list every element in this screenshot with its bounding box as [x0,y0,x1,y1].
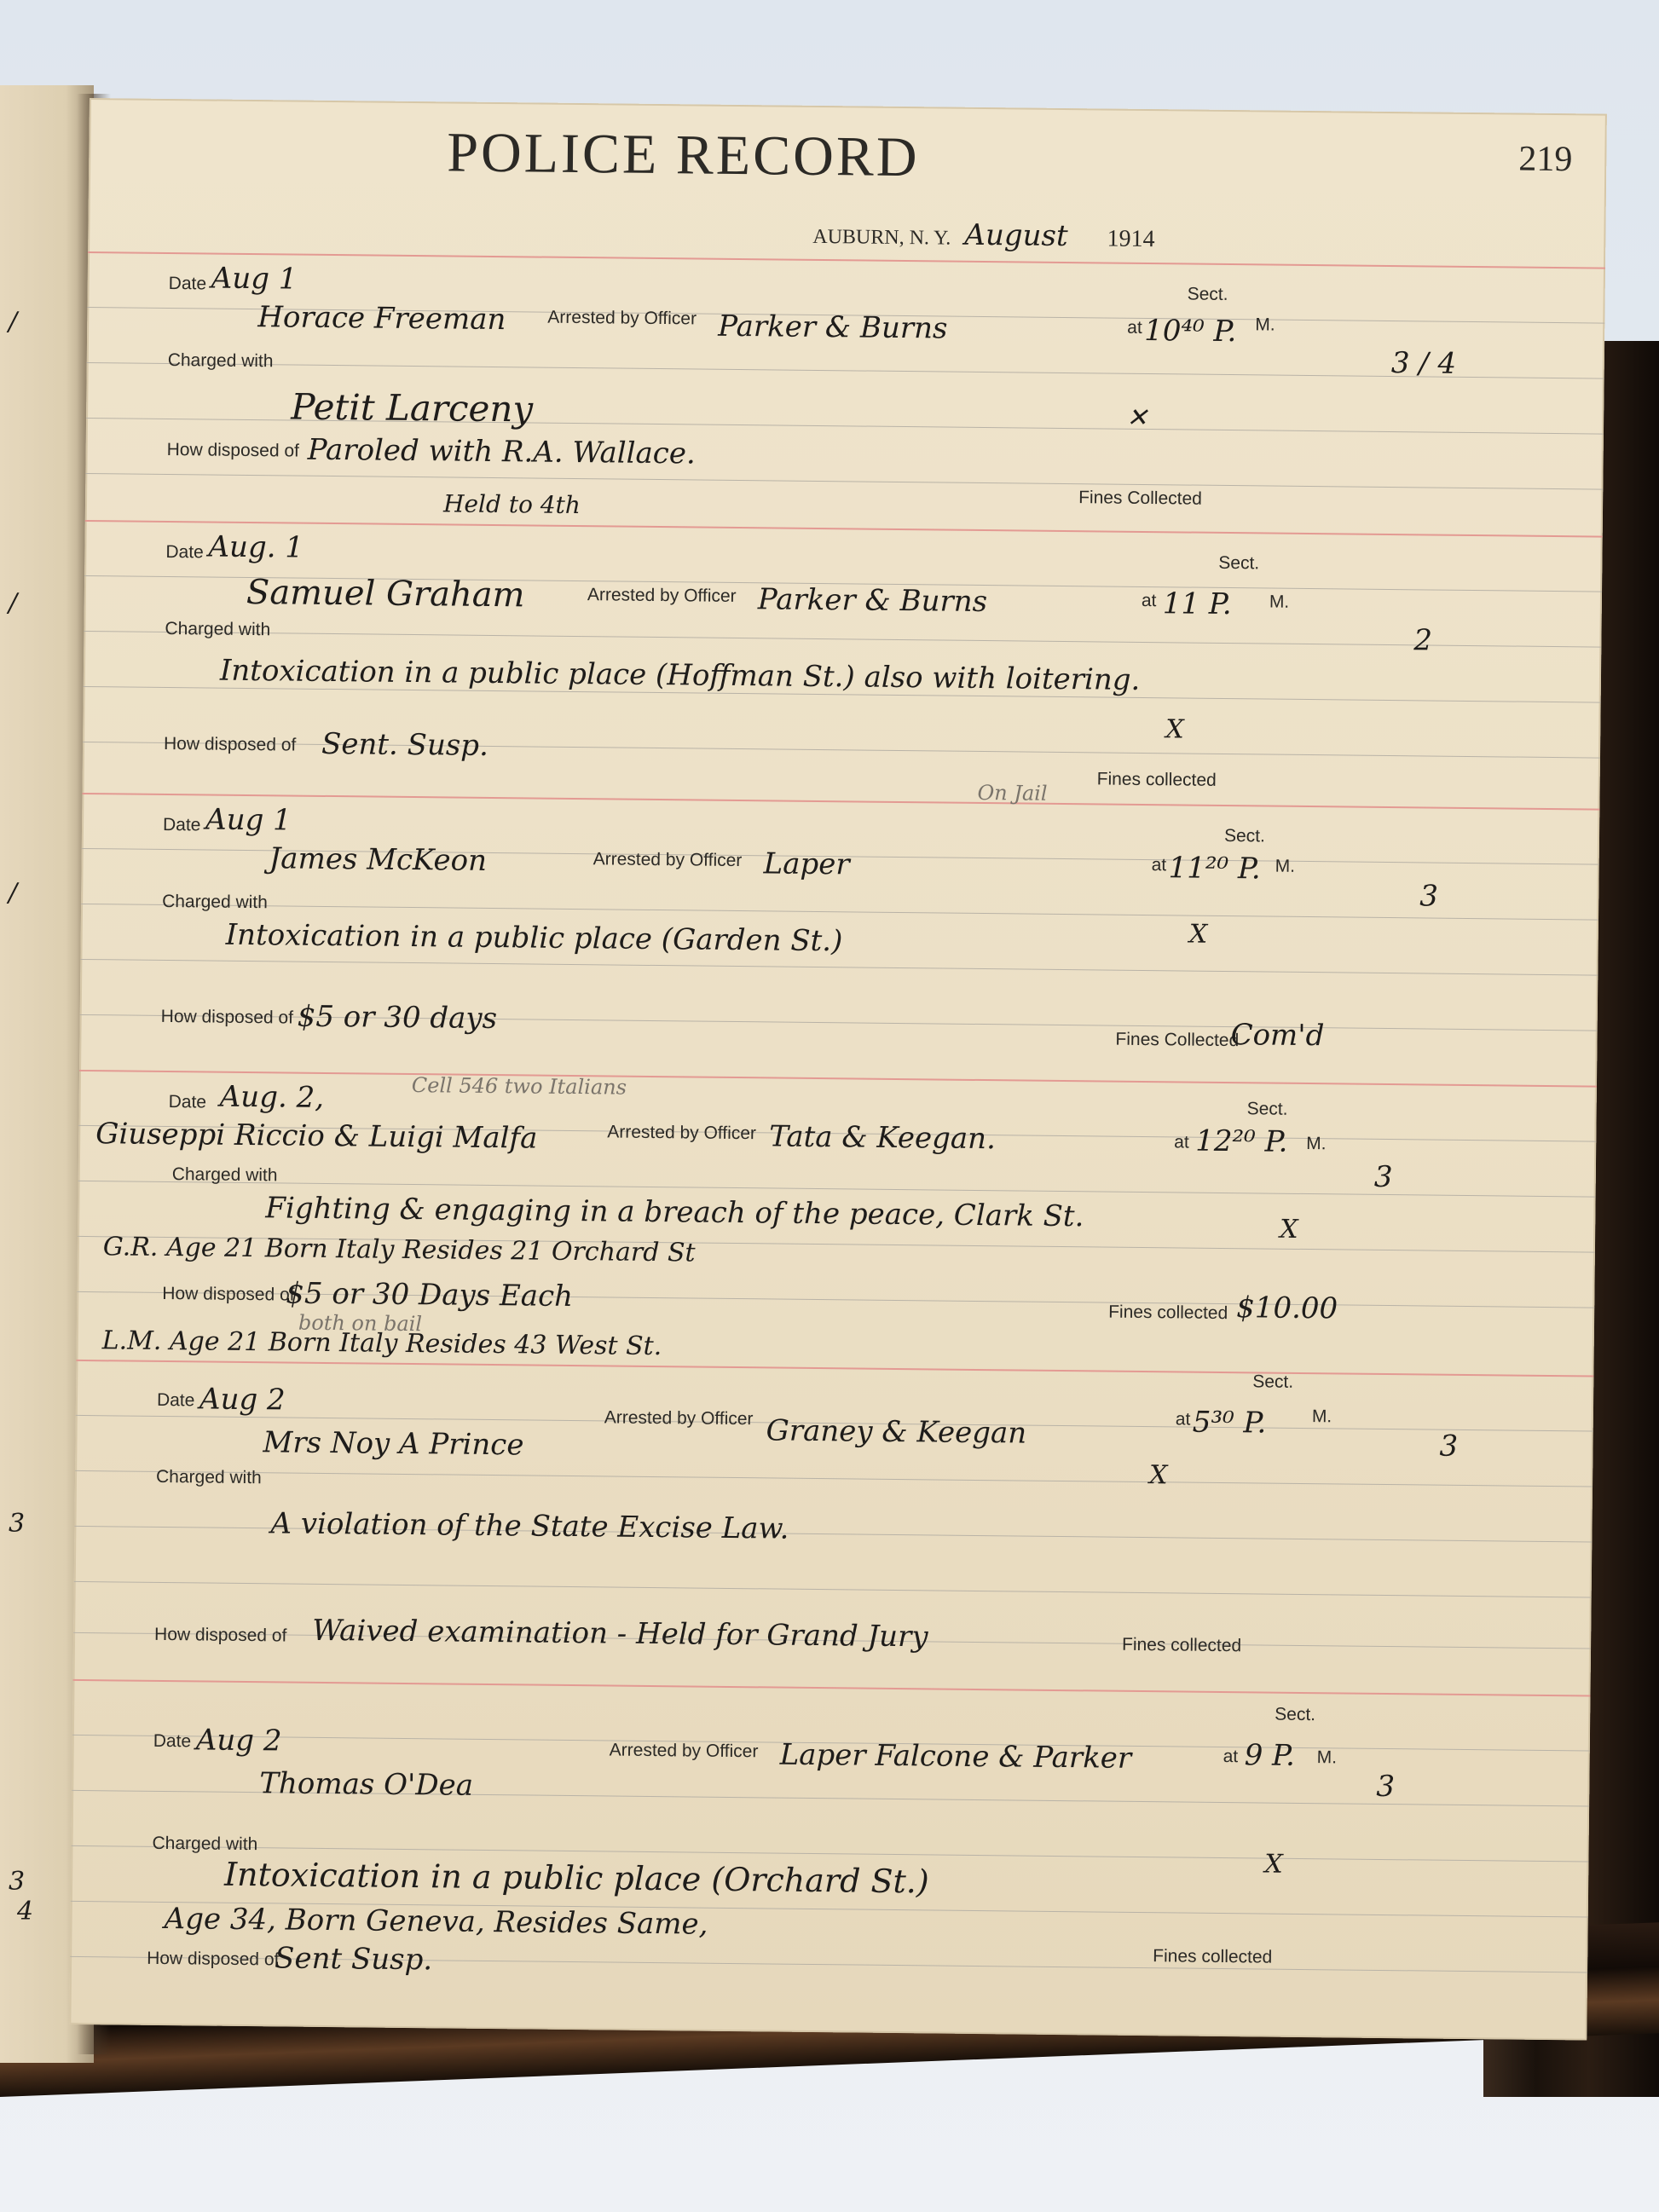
at-label: at [1174,1132,1189,1152]
fines-collected-label: Fines Collected [1115,1030,1239,1052]
charged-with-label: Charged with [156,1467,262,1488]
record-entry: Date Aug. 1 Samuel Graham Arrested by Of… [85,524,1603,540]
how-disposed-label: How disposed of [161,1007,294,1029]
entry-note: Held to 4th [443,489,581,519]
how-disposed-label: How disposed of [147,1949,280,1971]
sect-label: Sect. [1247,1099,1288,1119]
year: 1914 [1107,226,1154,253]
at-label: at [1142,591,1157,611]
sect-label: Sect. [1188,284,1228,304]
left-margin-mark: 3 [9,1509,25,1539]
fines-collected-label: Fines collected [1153,1946,1272,1967]
m-label: M. [1269,592,1290,613]
record-entry: Date Aug 2 Thomas O'Dea Arrested by Offi… [73,1684,1591,1700]
check-mark: X [1189,920,1208,950]
entry-date: Aug 1 [205,802,292,837]
entry-time: 11 P. [1163,586,1232,621]
entry-sect: 3 / 4 [1391,346,1457,381]
arrested-by-label: Arrested by Officer [607,1122,756,1144]
arrested-by-label: Arrested by Officer [593,849,743,871]
entry-date: Aug. 1 [208,529,303,564]
record-page: POLICE RECORD 219 AUBURN, N. Y. August 1… [69,98,1607,2041]
date-label: Date [153,1731,192,1752]
charged-with-label: Charged with [168,350,274,372]
entry-time: 12²⁰ P. [1195,1124,1288,1159]
entry-date: Aug 2 [196,1723,282,1758]
arrested-by-label: Arrested by Officer [587,585,737,607]
entry-officer: Laper [763,846,849,881]
place-label: AUBURN, N. Y. [812,226,951,250]
check-mark: ✕ [1126,403,1148,433]
arrested-by-label: Arrested by Officer [610,1740,759,1762]
entry-charge: A violation of the State Excise Law. [270,1506,789,1545]
check-mark: X [1280,1215,1298,1245]
sect-label: Sect. [1252,1372,1293,1392]
entry-officer: Laper Falcone & Parker [779,1738,1131,1776]
entry-time: 10⁴⁰ P. [1144,314,1237,349]
entry-name: James McKeon [269,841,487,878]
left-margin-mark: 3 [9,1867,25,1897]
entry-detail: L.M. Age 21 Born Italy Resides 43 West S… [102,1325,662,1361]
entry-name: Thomas O'Dea [259,1766,473,1803]
entry-sect: 3 [1419,879,1438,913]
entry-charge: Intoxication in a public place (Garden S… [226,918,843,959]
m-label: M. [1317,1747,1338,1768]
at-label: at [1223,1747,1239,1767]
entry-date: Aug. 2, [220,1080,325,1115]
m-label: M. [1312,1406,1332,1427]
entry-officer: Parker & Burns [758,582,988,619]
entry-disposition: Waived examination - Held for Grand Jury [312,1614,928,1655]
fines-collected-label: Fines collected [1097,769,1217,790]
entry-detail: G.R. Age 21 Born Italy Resides 21 Orchar… [103,1232,696,1268]
entry-disposition: $5 or 30 Days Each [286,1276,573,1314]
date-label: Date [165,542,204,563]
entry-sect: 3 [1374,1160,1393,1194]
entry-officer: Graney & Keegan [766,1413,1026,1450]
m-label: M. [1275,857,1296,877]
arrested-by-label: Arrested by Officer [604,1407,754,1429]
date-label: Date [169,1092,207,1112]
fines-collected-label: Fines collected [1122,1635,1241,1656]
sect-label: Sect. [1224,826,1265,846]
entry-disposition: $5 or 30 days [298,1000,498,1036]
entry-sect: 3 [1439,1429,1458,1464]
entry-sect: 3 [1376,1770,1395,1804]
entry-fines: $10.00 [1236,1291,1338,1325]
entry-disposition: Sent Susp. [275,1941,432,1977]
fines-collected-label: Fines collected [1108,1302,1228,1324]
record-entry: Date Aug. 2, Cell 546 two Italians Giuse… [79,1074,1597,1090]
check-mark: X [1264,1850,1283,1880]
entry-note: Cell 546 two Italians [412,1073,627,1100]
fines-collected-label: Fines Collected [1078,488,1202,510]
at-label: at [1176,1409,1191,1429]
check-mark: X [1149,1460,1168,1490]
entry-officer: Parker & Burns [718,309,948,346]
month-handwritten: August [964,218,1068,253]
at-label: at [1152,855,1167,875]
page-number: 219 [1518,139,1572,181]
record-entry: Date Aug 1 James McKeon Arrested by Offi… [82,797,1599,813]
entry-charge: Intoxication in a public place (Hoffman … [220,654,1141,697]
entry-fines: Com'd [1230,1018,1324,1053]
entry-officer: Tata & Keegan. [769,1119,996,1156]
left-margin-mark: / [9,878,17,908]
at-label: at [1127,318,1142,338]
m-label: M. [1255,315,1275,335]
entry-charge: Fighting & engaging in a breach of the p… [265,1191,1084,1233]
entry-disposition: Paroled with R.A. Wallace. [307,433,695,471]
record-entry: Date Aug 2 Mrs Noy A Prince Arrested by … [76,1364,1593,1380]
charged-with-label: Charged with [172,1164,278,1186]
date-label: Date [169,274,207,294]
how-disposed-label: How disposed of [154,1625,287,1647]
left-margin-mark: 4 [17,1897,33,1926]
m-label: M. [1306,1134,1327,1154]
entry-time: 9 P. [1245,1738,1296,1773]
sect-label: Sect. [1275,1705,1315,1725]
page-title: POLICE RECORD [447,120,920,190]
entry-charge: Petit Larceny [291,385,533,430]
entry-name: Mrs Noy A Prince [263,1425,523,1462]
entry-charge: Intoxication in a public place (Orchard … [224,1856,929,1901]
how-disposed-label: How disposed of [167,440,300,462]
arrested-by-label: Arrested by Officer [547,308,697,330]
how-disposed-label: How disposed of [162,1284,295,1306]
date-label: Date [157,1390,195,1411]
entry-disposition: Sent. Susp. [321,727,488,763]
left-margin-mark: / [9,588,17,618]
entry-time: 11²⁰ P. [1168,851,1261,886]
entry-date: Aug 1 [211,262,298,297]
entry-detail: Age 34, Born Geneva, Resides Same, [164,1902,708,1942]
entry-name: Giuseppi Riccio & Luigi Malfa [95,1117,537,1155]
charged-with-label: Charged with [165,619,270,640]
sect-label: Sect. [1218,553,1259,574]
charged-with-label: Charged with [162,892,268,913]
date-label: Date [163,815,201,835]
entry-time: 5³⁰ P. [1193,1406,1267,1441]
entry-name: Samuel Graham [246,573,525,615]
entry-name: Horace Freeman [257,300,506,337]
entry-sect: 2 [1413,623,1432,657]
place-date-line: AUBURN, N. Y. August 1914 [812,217,1155,254]
record-entry: Date Aug 1 Horace Freeman Arrested by Of… [88,256,1605,272]
entry-note: On Jail [977,781,1047,806]
entry-date: Aug 2 [199,1382,286,1417]
how-disposed-label: How disposed of [164,734,297,756]
check-mark: X [1165,714,1184,744]
charged-with-label: Charged with [152,1834,257,1855]
left-margin-mark: / [9,307,17,337]
